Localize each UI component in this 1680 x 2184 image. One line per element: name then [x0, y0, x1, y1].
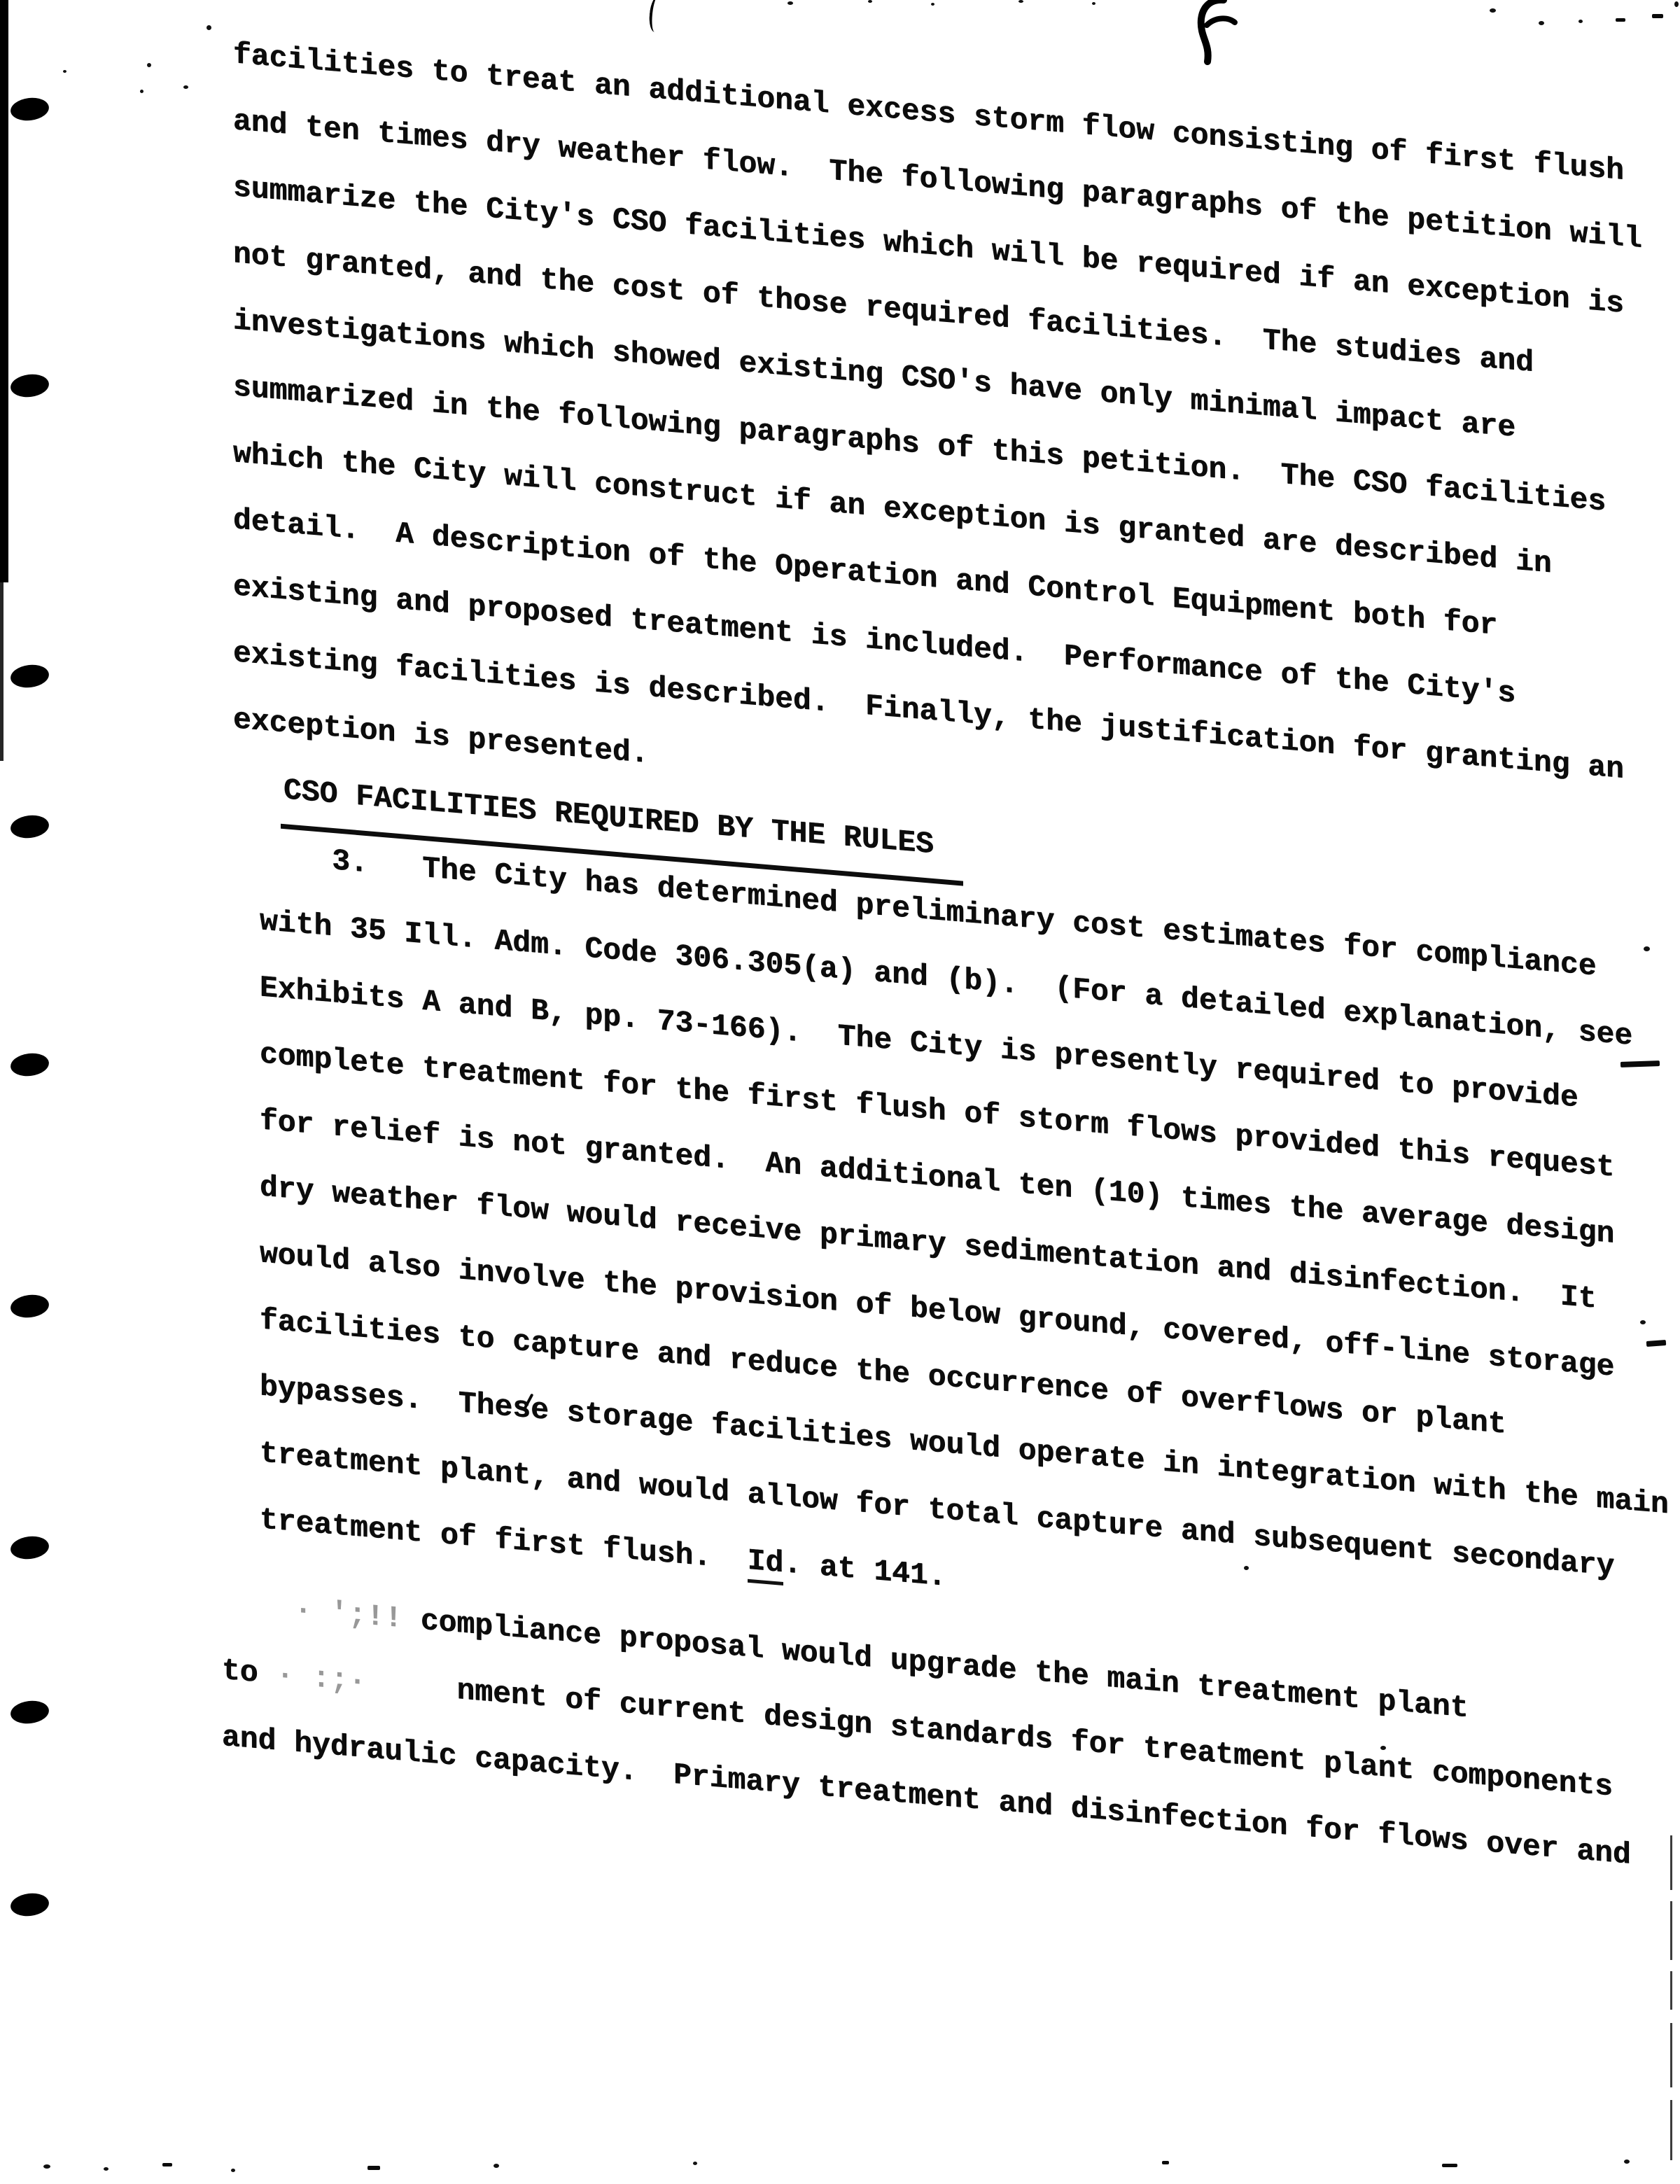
- dust-speck: [162, 2163, 172, 2166]
- dust-speck: [231, 2169, 235, 2172]
- dust-speck: [1380, 1746, 1386, 1750]
- scan-edge-bar-tail: [0, 582, 3, 761]
- dust-speck: [1616, 18, 1625, 22]
- dust-speck: [140, 90, 143, 93]
- dust-speck: [63, 70, 66, 73]
- faded-text-fragment: · :;·: [276, 1658, 366, 1700]
- underlined-citation: Id: [748, 1543, 784, 1585]
- text-segment: to: [222, 1653, 276, 1693]
- faded-text-fragment: · ';!!: [294, 1592, 402, 1636]
- dust-speck: [367, 2166, 380, 2170]
- dust-speck: [104, 2167, 108, 2171]
- bottom-dashed-line: [1670, 1971, 1672, 2010]
- dust-speck: [1092, 2, 1095, 5]
- scanned-document-page: facilities to treat an additional excess…: [0, 0, 1680, 2184]
- scan-edge-bar: [0, 0, 8, 582]
- punch-dot: [9, 1051, 50, 1078]
- dust-speck: [693, 2162, 697, 2165]
- dust-speck: [147, 63, 151, 67]
- bottom-dashed-line: [1670, 1835, 1672, 1890]
- paragraph-continuation: facilities to treat an additional excess…: [233, 21, 1680, 875]
- dust-speck: [1490, 8, 1496, 13]
- bottom-dashed-line: [1670, 2100, 1672, 2160]
- paren-mark-icon: [647, 0, 665, 33]
- dust-speck: [1578, 20, 1583, 23]
- punch-dot: [9, 96, 50, 122]
- punch-dot: [9, 663, 50, 689]
- dust-speck: [493, 2164, 499, 2168]
- text-segment: [366, 1665, 456, 1707]
- dust-speck: [1162, 2161, 1169, 2164]
- bottom-dashed-line: [1670, 2023, 1672, 2087]
- dust-speck: [206, 25, 211, 30]
- punch-dot: [9, 813, 50, 840]
- dust-speck: [1640, 1320, 1646, 1324]
- punch-dot: [9, 1699, 50, 1725]
- paragraph-3: 3. The City has determined preliminary c…: [260, 821, 1680, 1672]
- dust-speck: [43, 2164, 50, 2169]
- dust-speck: [1624, 2159, 1630, 2164]
- dust-speck: [183, 85, 188, 89]
- punch-dot: [9, 372, 50, 399]
- dust-speck: [1539, 21, 1544, 25]
- dust-speck: [931, 3, 934, 6]
- punch-dot: [9, 1891, 50, 1918]
- bottom-dashed-line: [1670, 1901, 1672, 1960]
- punch-dot: [9, 1534, 50, 1561]
- dust-speck: [1244, 1566, 1249, 1570]
- document-text: facilities to treat an additional excess…: [233, 21, 1680, 1893]
- dust-speck: [787, 1, 793, 5]
- dust-speck: [1652, 14, 1663, 18]
- handwritten-squiggle-icon: [1191, 0, 1247, 74]
- dust-speck: [1442, 2164, 1457, 2167]
- dust-speck: [1018, 0, 1023, 3]
- stray-period-mark: [1644, 946, 1650, 951]
- dust-speck: [1674, 1, 1679, 7]
- dust-speck: [868, 0, 872, 3]
- text-segment: [222, 1587, 294, 1627]
- text-segment: . at 141.: [783, 1546, 946, 1595]
- punch-dot: [9, 1293, 50, 1319]
